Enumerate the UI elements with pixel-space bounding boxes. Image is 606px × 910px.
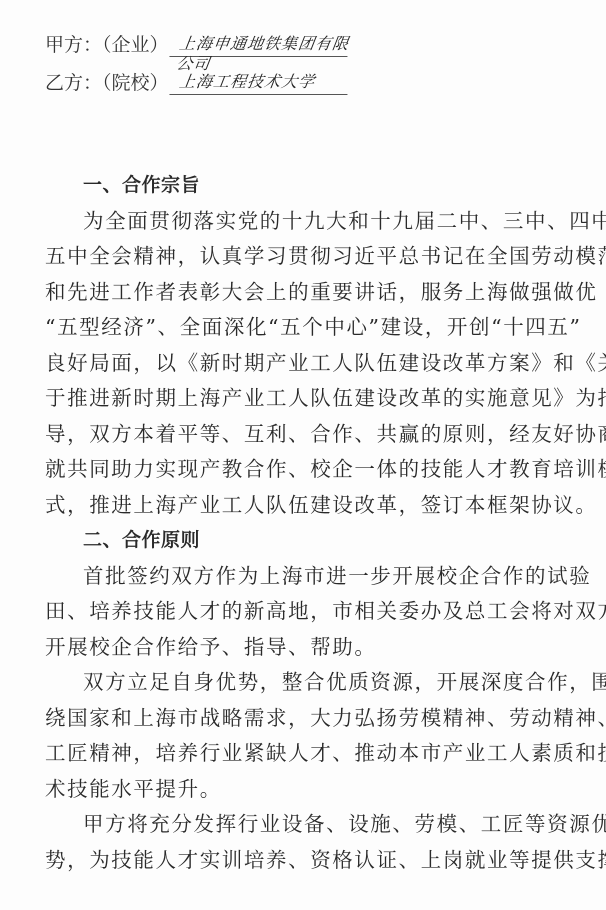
- paragraph-line: 导，双方本着平等、互利、合作、共赢的原则，经友好协商，: [45, 417, 515, 453]
- paragraph-line: 良好局面，以《新时期产业工人队伍建设改革方案》和《关: [45, 346, 515, 382]
- party-b-label: 乙方：（院校）: [45, 68, 169, 95]
- party-a-signature: 上海申通地铁集团有限公司: [169, 34, 350, 57]
- party-b-row: 乙方：（院校） 上海工程技术大学: [45, 68, 349, 95]
- paragraph-line: 甲方将充分发挥行业设备、设施、劳模、工匠等资源优: [45, 807, 515, 843]
- section-heading: 一、合作宗旨: [45, 168, 515, 204]
- paragraph-line: 工匠精神，培养行业紧缺人才、推动本市产业工人素质和技: [45, 736, 515, 772]
- paragraph-line: 和先进工作者表彰大会上的重要讲话，服务上海做强做优: [45, 275, 515, 311]
- party-a-label: 甲方：（企业）: [45, 30, 169, 57]
- paragraph-line: 双方立足自身优势，整合优质资源，开展深度合作，围: [45, 665, 515, 701]
- paragraph-line: 势，为技能人才实训培养、资格认证、上岗就业等提供支撑。: [45, 843, 515, 879]
- paragraph-line: 绕国家和上海市战略需求，大力弘扬劳模精神、劳动精神、: [45, 701, 515, 737]
- paragraph-line: 开展校企合作给予、指导、帮助。: [45, 630, 515, 666]
- section-heading: 二、合作原则: [45, 523, 515, 559]
- paragraph-line: 田、培养技能人才的新高地，市相关委办及总工会将对双方: [45, 594, 515, 630]
- party-a-row: 甲方：（企业） 上海申通地铁集团有限公司: [45, 30, 349, 57]
- paragraph-line: 于推进新时期上海产业工人队伍建设改革的实施意见》为指: [45, 381, 515, 417]
- party-b-signature: 上海工程技术大学: [169, 72, 350, 95]
- paragraph-line: 首批签约双方作为上海市进一步开展校企合作的试验: [45, 559, 515, 595]
- paragraph-line: 五中全会精神，认真学习贯彻习近平总书记在全国劳动模范: [45, 239, 515, 275]
- paragraph-line: 式，推进上海产业工人队伍建设改革，签订本框架协议。: [45, 488, 515, 524]
- paragraph-line: 就共同助力实现产教合作、校企一体的技能人才教育培训模: [45, 452, 515, 488]
- paragraph-line: 术技能水平提升。: [45, 772, 515, 808]
- paragraph-line: “五型经济”、全面深化“五个中心”建设，开创“十四五”: [45, 310, 515, 346]
- agreement-body: 一、合作宗旨 为全面贯彻落实党的十九大和十九届二中、三中、四中、 五中全会精神，…: [45, 168, 515, 878]
- paragraph-line: 为全面贯彻落实党的十九大和十九届二中、三中、四中、: [45, 204, 515, 240]
